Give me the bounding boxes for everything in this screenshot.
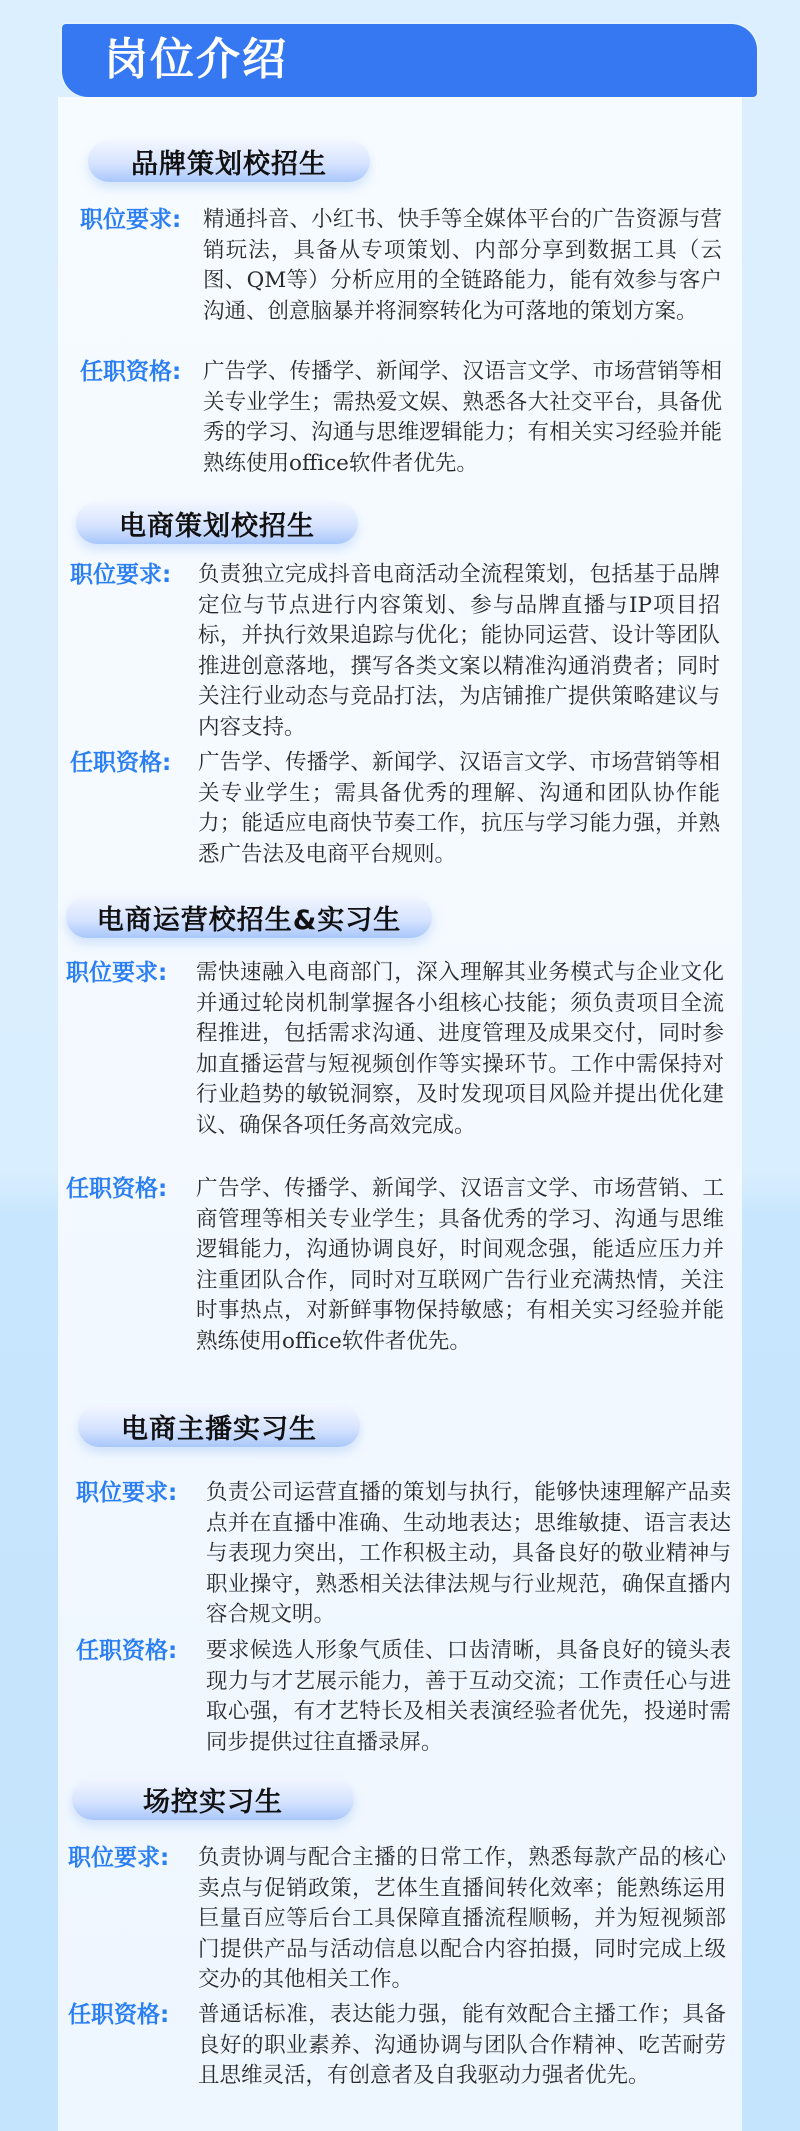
section-title-pill: 电商主播实习生	[78, 1405, 360, 1447]
requirement-text: 需快速融入电商部门，深入理解其业务模式与企业文化并通过轮岗机制掌握各小组核心技能…	[196, 958, 724, 1141]
qualification-text: 广告学、传播学、新闻学、汉语言文学、市场营销等相关专业学生；需热爱文娱、熟悉各大…	[203, 357, 722, 479]
qualification-row: 任职资格: 普通话标准，表达能力强，能有效配合主播工作；具备良好的职业素养、沟通…	[68, 2000, 738, 2092]
qualification-text: 广告学、传播学、新闻学、汉语言文学、市场营销等相关专业学生；需具备优秀的理解、沟…	[198, 748, 720, 870]
qualification-label: 任职资格:	[68, 2000, 198, 2092]
requirement-label: 职位要求:	[80, 205, 203, 327]
qualification-label: 任职资格:	[66, 1174, 196, 1357]
qualification-text: 要求候选人形象气质佳、口齿清晰，具备良好的镜头表现力与才艺展示能力，善于互动交流…	[206, 1636, 731, 1758]
requirement-label: 职位要求:	[68, 1843, 198, 1996]
section-title: 电商运营校招生&实习生	[97, 898, 402, 937]
section-title: 电商主播实习生	[121, 1407, 317, 1446]
requirement-text: 负责公司运营直播的策划与执行，能够快速理解产品卖点并在直播中准确、生动地表达；思…	[206, 1478, 731, 1631]
qualification-row: 任职资格: 要求候选人形象气质佳、口齿清晰，具备良好的镜头表现力与才艺展示能力，…	[76, 1636, 736, 1758]
requirement-row: 职位要求: 负责独立完成抖音电商活动全流程策划，包括基于品牌定位与节点进行内容策…	[70, 560, 730, 743]
requirement-row: 职位要求: 负责公司运营直播的策划与执行，能够快速理解产品卖点并在直播中准确、生…	[76, 1478, 736, 1631]
qualification-text: 广告学、传播学、新闻学、汉语言文学、市场营销、工商管理等相关专业学生；具备优秀的…	[196, 1174, 724, 1357]
requirement-label: 职位要求:	[70, 560, 198, 743]
section-title: 品牌策划校招生	[131, 142, 327, 181]
requirement-text: 负责独立完成抖音电商活动全流程策划，包括基于品牌定位与节点进行内容策划、参与品牌…	[198, 560, 720, 743]
requirement-row: 职位要求: 精通抖音、小红书、快手等全媒体平台的广告资源与营销玩法，具备从专项策…	[80, 205, 722, 327]
section-title-pill: 电商运营校招生&实习生	[66, 896, 432, 938]
requirement-row: 职位要求: 负责协调与配合主播的日常工作，熟悉每款产品的核心卖点与促销政策，艺体…	[68, 1843, 738, 1996]
requirement-label: 职位要求:	[76, 1478, 206, 1631]
requirement-text: 精通抖音、小红书、快手等全媒体平台的广告资源与营销玩法，具备从专项策划、内部分享…	[203, 205, 722, 327]
requirement-row: 职位要求: 需快速融入电商部门，深入理解其业务模式与企业文化并通过轮岗机制掌握各…	[66, 958, 736, 1141]
section-title-pill: 电商策划校招生	[76, 502, 358, 544]
qualification-label: 任职资格:	[80, 357, 203, 479]
section-title-pill: 品牌策划校招生	[88, 140, 370, 182]
qualification-row: 任职资格: 广告学、传播学、新闻学、汉语言文学、市场营销等相关专业学生；需热爱文…	[80, 357, 722, 479]
qualification-label: 任职资格:	[76, 1636, 206, 1758]
requirement-text: 负责协调与配合主播的日常工作，熟悉每款产品的核心卖点与促销政策，艺体生直播间转化…	[198, 1843, 726, 1996]
requirement-label: 职位要求:	[66, 958, 196, 1141]
page-title: 岗位介绍	[104, 32, 288, 88]
qualification-row: 任职资格: 广告学、传播学、新闻学、汉语言文学、市场营销、工商管理等相关专业学生…	[66, 1174, 736, 1357]
section-title: 电商策划校招生	[119, 504, 315, 543]
page-header: 岗位介绍	[62, 24, 757, 97]
section-title: 场控实习生	[143, 1780, 283, 1819]
qualification-row: 任职资格: 广告学、传播学、新闻学、汉语言文学、市场营销等相关专业学生；需具备优…	[70, 748, 730, 870]
section-title-pill: 场控实习生	[72, 1778, 354, 1820]
qualification-text: 普通话标准，表达能力强，能有效配合主播工作；具备良好的职业素养、沟通协调与团队合…	[198, 2000, 726, 2092]
qualification-label: 任职资格:	[70, 748, 198, 870]
